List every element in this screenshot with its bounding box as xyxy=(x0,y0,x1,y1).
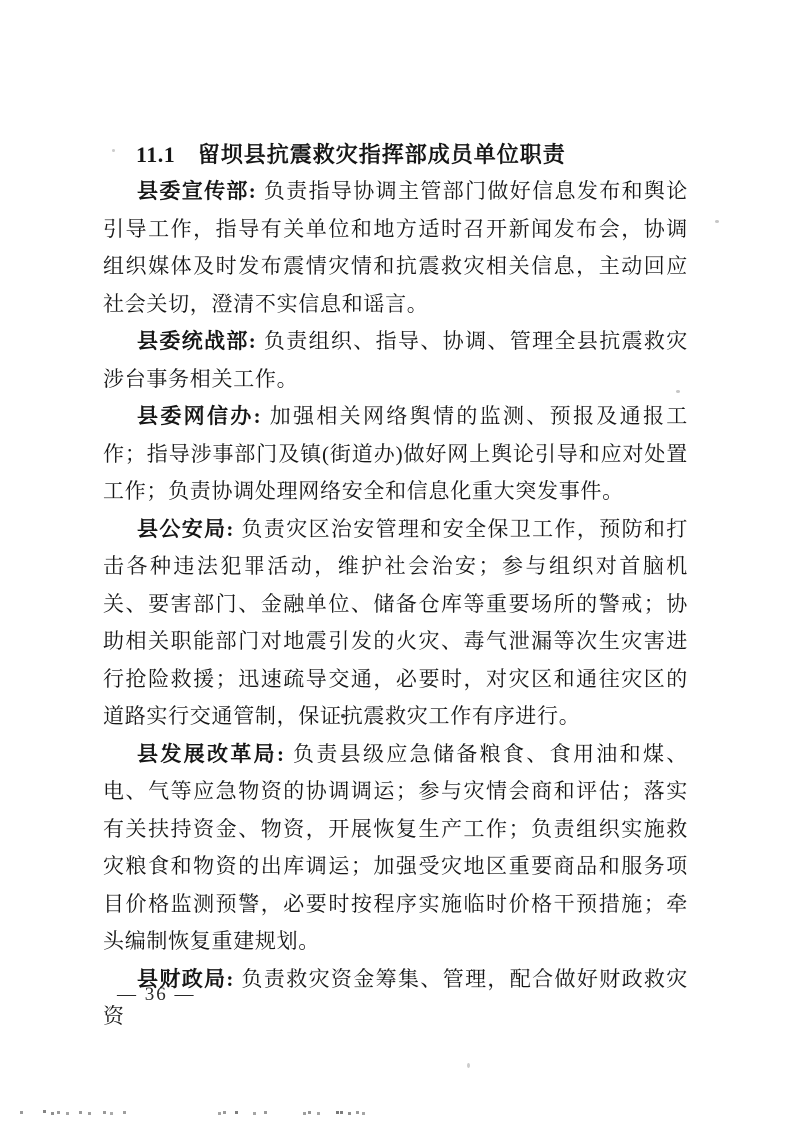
scan-speck xyxy=(112,149,115,152)
paragraph-lead: 县公安局: xyxy=(137,517,234,541)
scan-speck xyxy=(676,390,680,393)
paragraph-lead: 县发展改革局: xyxy=(137,742,285,766)
paragraph-text: 负责县级应急储备粮食、食用油和煤、电、气等应急物资的协调调运；参与灾情会商和评估… xyxy=(103,742,688,954)
paragraph-cyberspace-office: 县委网信办:加强相关网络舆情的监测、预报及通报工作；指导涉事部门及镇(街道办)做… xyxy=(103,398,688,511)
scan-speck xyxy=(715,220,719,223)
scan-dot-artifact xyxy=(341,714,345,718)
paragraph-text: 负责灾区治安管理和安全保卫工作，预防和打击各种违法犯罪活动，维护社会治安；参与组… xyxy=(103,517,688,729)
paragraph-propaganda-dept: 县委宣传部:负责指导协调主管部门做好信息发布和舆论引导工作，指导有关单位和地方适… xyxy=(103,173,688,323)
document-page: 11.1 留坝县抗震救灾指挥部成员单位职责 县委宣传部:负责指导协调主管部门做好… xyxy=(0,0,793,1123)
scan-speck xyxy=(467,1063,470,1068)
paragraph-public-security-bureau: 县公安局:负责灾区治安管理和安全保卫工作，预防和打击各种违法犯罪活动，维护社会治… xyxy=(103,511,688,736)
section-title: 留坝县抗震救灾指挥部成员单位职责 xyxy=(198,142,566,167)
page-footer: — 36 — xyxy=(117,984,196,1006)
paragraph-united-front-dept: 县委统战部:负责组织、指导、协调、管理全县抗震救灾涉台事务相关工作。 xyxy=(103,323,688,398)
section-number: 11.1 xyxy=(136,142,175,167)
page-number: — 36 — xyxy=(117,984,196,1005)
paragraph-development-reform-bureau: 县发展改革局:负责县级应急储备粮食、食用油和煤、电、气等应急物资的协调调运；参与… xyxy=(103,736,688,961)
paragraph-lead: 县委网信办: xyxy=(137,404,261,428)
page-content: 11.1 留坝县抗震救灾指挥部成员单位职责 县委宣传部:负责指导协调主管部门做好… xyxy=(103,136,688,1036)
paragraph-lead: 县委统战部: xyxy=(137,329,256,353)
scan-noise-strip xyxy=(0,1110,3,1113)
section-heading: 11.1 留坝县抗震救灾指挥部成员单位职责 xyxy=(136,136,688,173)
paragraph-lead: 县委宣传部: xyxy=(137,179,256,203)
